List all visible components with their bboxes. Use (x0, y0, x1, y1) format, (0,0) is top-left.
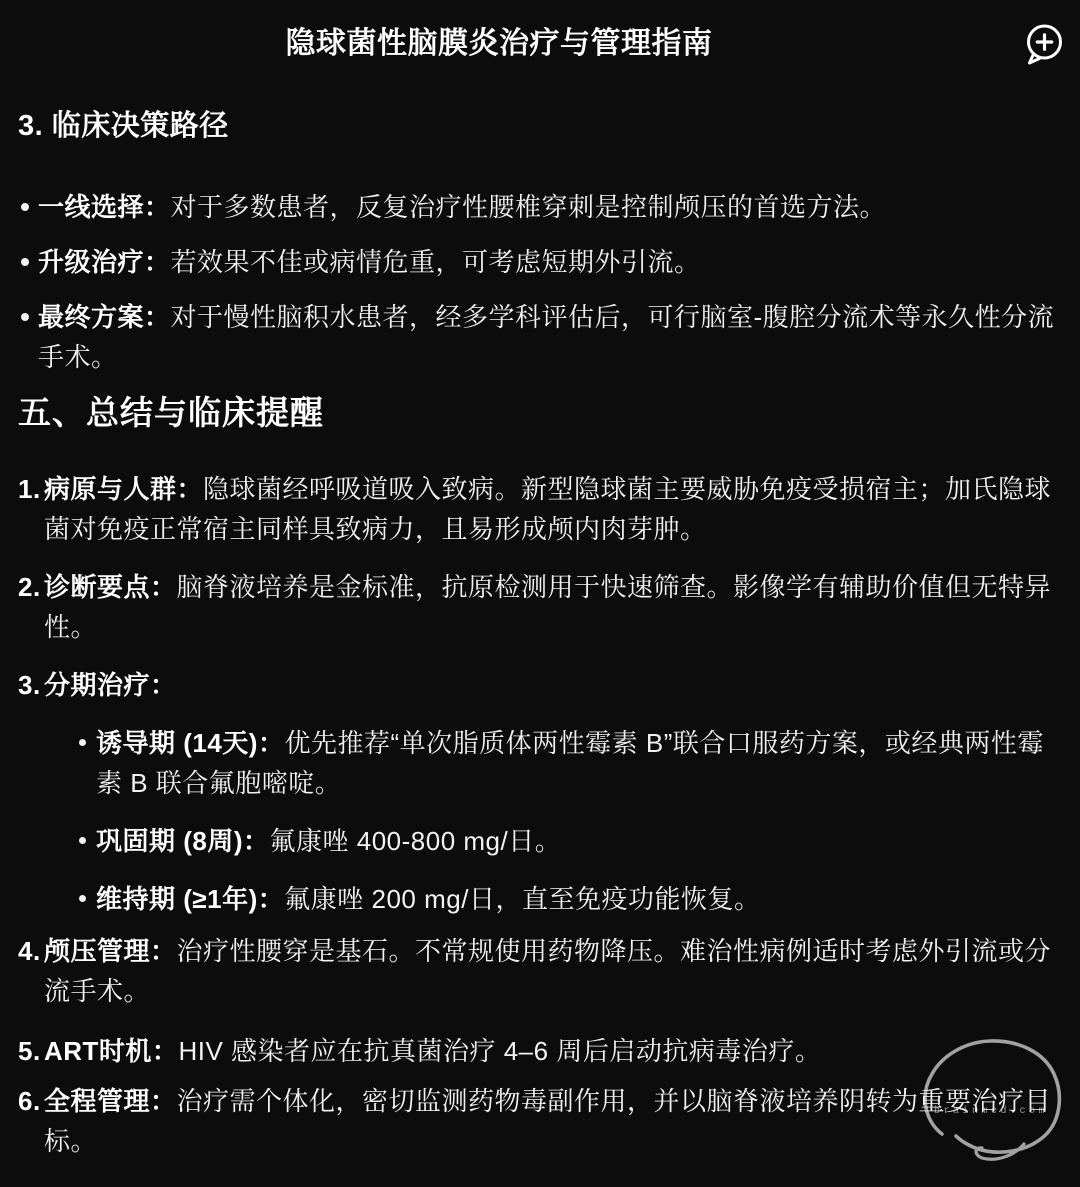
item-text: 对于慢性脑积水患者，经多学科评估后，可行脑室-腹腔分流术等永久性分流手术。 (38, 302, 1054, 372)
item-label: 颅压管理： (44, 936, 177, 966)
item-text: 脑脊液培养是金标准，抗原检测用于快速筛查。影像学有辅助价值但无特异性。 (44, 572, 1051, 642)
item-number: 4. (18, 931, 41, 971)
list-item: 4. 颅压管理：治疗性腰穿是基石。不常规使用药物降压。难治性病例适时考虑外引流或… (18, 931, 1056, 1011)
item-text: HIV 感染者应在抗真菌治疗 4–6 周后启动抗病毒治疗。 (178, 1036, 821, 1066)
item-label: 病原与人群： (44, 474, 203, 504)
item-number: 6. (18, 1081, 41, 1121)
item-label: 维持期 (≥1年)： (96, 884, 284, 914)
item-number: 1. (18, 469, 41, 509)
new-chat-button[interactable] (1022, 22, 1066, 68)
bullet-icon (21, 313, 29, 321)
clinical-path-bullet-list: 一线选择：对于多数患者，反复治疗性腰椎穿刺是控制颅压的首选方法。 升级治疗：若效… (18, 187, 1056, 377)
bullet-icon (79, 895, 86, 902)
item-label: 升级治疗： (38, 247, 171, 277)
bullet-icon (79, 739, 86, 746)
item-number: 3. (18, 665, 41, 705)
item-text: 若效果不佳或病情危重，可考虑短期外引流。 (171, 247, 701, 277)
item-text: 氟康唑 400-800 mg/日。 (270, 826, 562, 856)
staged-treatment-sublist: 诱导期 (14天)：优先推荐“单次脂质体两性霉素 B”联合口服药方案，或经典两性… (44, 723, 1056, 919)
item-number: 5. (18, 1031, 41, 1071)
list-item: 一线选择：对于多数患者，反复治疗性腰椎穿刺是控制颅压的首选方法。 (18, 187, 1056, 227)
list-item: 5. ART时机：HIV 感染者应在抗真菌治疗 4–6 周后启动抗病毒治疗。 (18, 1031, 1056, 1071)
item-label: 一线选择： (38, 192, 171, 222)
list-item: 3. 分期治疗： 诱导期 (14天)：优先推荐“单次脂质体两性霉素 B”联合口服… (18, 665, 1056, 919)
list-item: 1. 病原与人群：隐球菌经呼吸道吸入致病。新型隐球菌主要威胁免疫受损宿主；加氏隐… (18, 469, 1056, 549)
item-text: 治疗性腰穿是基石。不常规使用药物降压。难治性病例适时考虑外引流或分流手术。 (44, 936, 1051, 1006)
item-number: 2. (18, 567, 41, 607)
bullet-icon (21, 258, 29, 266)
page-title: 隐球菌性脑膜炎治疗与管理指南 (18, 22, 1056, 66)
item-label: 全程管理： (44, 1086, 177, 1116)
list-item: 升级治疗：若效果不佳或病情危重，可考虑短期外引流。 (18, 242, 1056, 282)
list-item: 2. 诊断要点：脑脊液培养是金标准，抗原检测用于快速筛查。影像学有辅助价值但无特… (18, 567, 1056, 647)
item-label: 巩固期 (8周)： (96, 826, 270, 856)
chat-bubble-plus-icon (1022, 22, 1066, 68)
item-label: ART时机： (44, 1036, 178, 1066)
item-label: 分期治疗： (44, 670, 177, 700)
section-heading-summary: 五、总结与临床提醒 (18, 392, 1056, 434)
item-text: 氟康唑 200 mg/日，直至免疫功能恢复。 (284, 884, 760, 914)
summary-numbered-list: 1. 病原与人群：隐球菌经呼吸道吸入致病。新型隐球菌主要威胁免疫受损宿主；加氏隐… (18, 469, 1056, 1161)
list-item: 诱导期 (14天)：优先推荐“单次脂质体两性霉素 B”联合口服药方案，或经典两性… (81, 723, 1056, 803)
item-label: 诱导期 (14天)： (96, 728, 284, 758)
bullet-icon (79, 837, 86, 844)
list-item: 巩固期 (8周)：氟康唑 400-800 mg/日。 (81, 821, 1056, 861)
section-heading-clinical-path: 3. 临床决策路径 (18, 108, 1056, 144)
item-text: 治疗需个体化，密切监测药物毒副作用，并以脑脊液培养阴转为重要治疗目标。 (44, 1086, 1051, 1156)
list-item: 6. 全程管理：治疗需个体化，密切监测药物毒副作用，并以脑脊液培养阴转为重要治疗… (18, 1081, 1056, 1161)
header: 隐球菌性脑膜炎治疗与管理指南 (18, 22, 1056, 68)
item-text: 对于多数患者，反复治疗性腰椎穿刺是控制颅压的首选方法。 (171, 192, 887, 222)
list-item: 维持期 (≥1年)：氟康唑 200 mg/日，直至免疫功能恢复。 (81, 879, 1056, 919)
document-body: 隐球菌性脑膜炎治疗与管理指南 3. 临床决策路径 一线选择：对于多数患者，反复治… (0, 0, 1080, 1161)
item-label: 诊断要点： (44, 572, 177, 602)
bullet-icon (21, 203, 29, 211)
item-label: 最终方案： (38, 302, 171, 332)
list-item: 最终方案：对于慢性脑积水患者，经多学科评估后，可行脑室-腹腔分流术等永久性分流手… (18, 297, 1056, 377)
